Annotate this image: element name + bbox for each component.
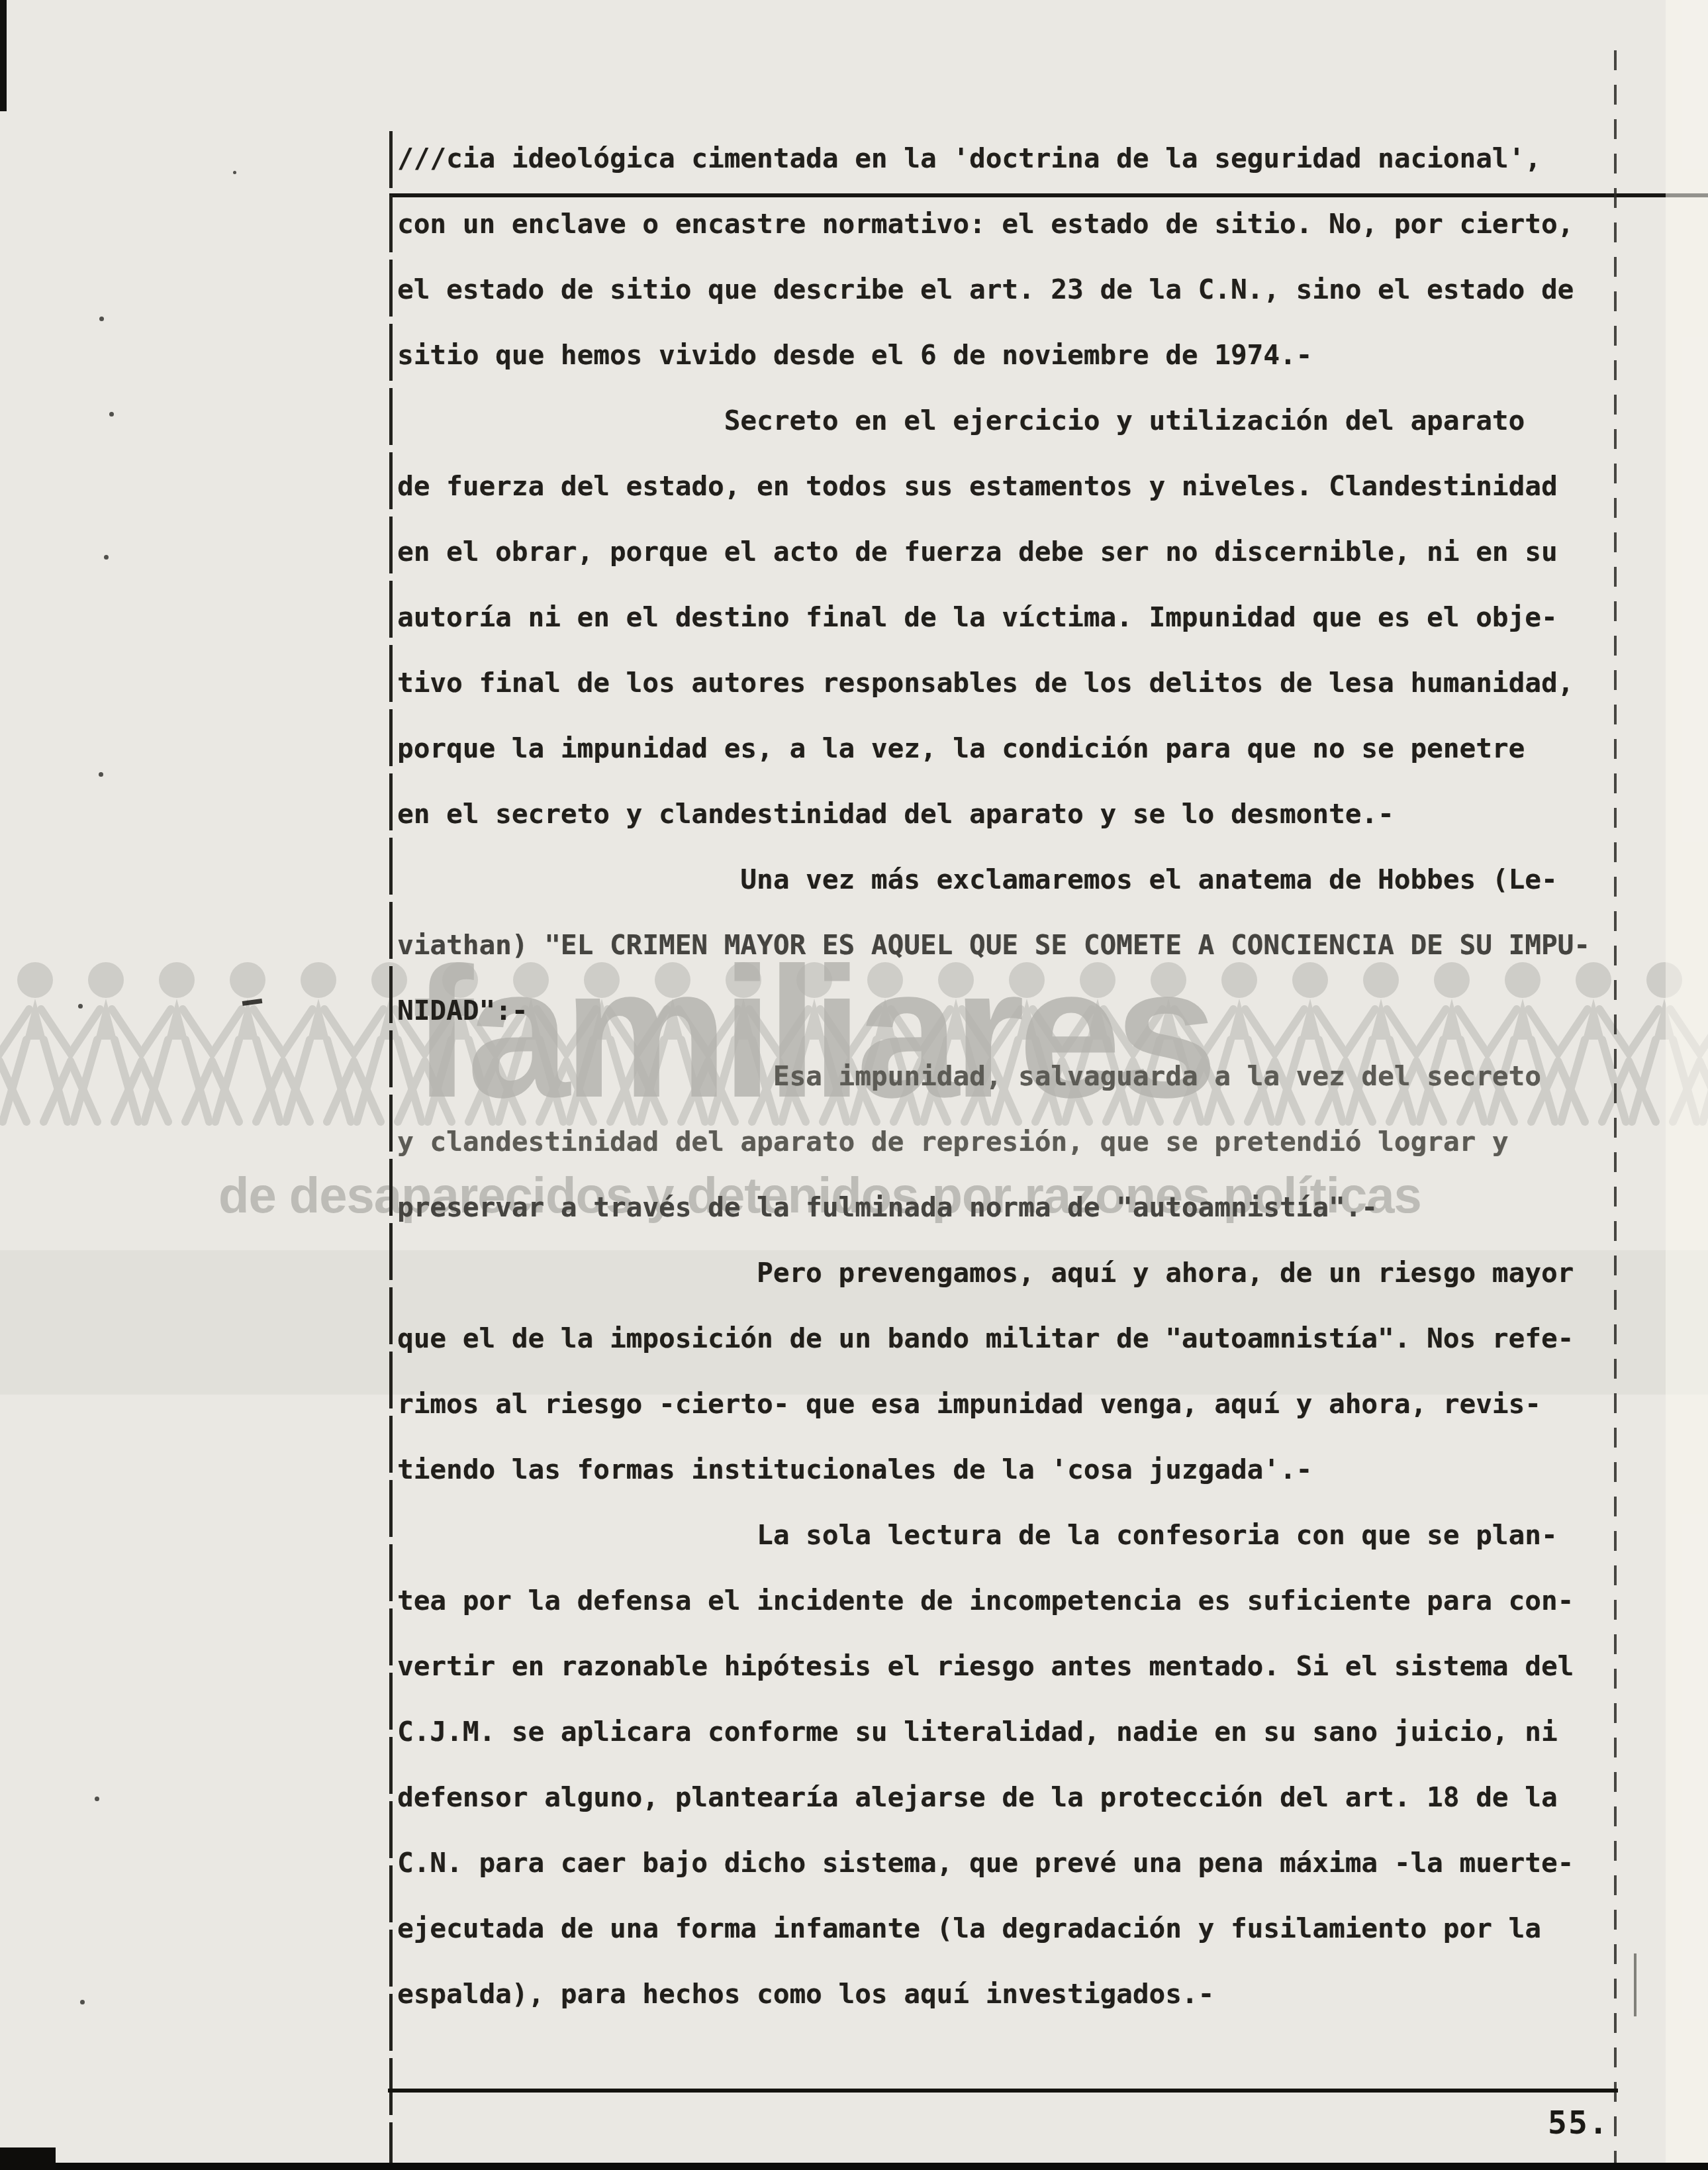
- scan-edge-top-left: [0, 0, 7, 111]
- page-number: 55.: [1548, 2104, 1609, 2142]
- text-line: en el obrar, porque el acto de fuerza de…: [397, 531, 1619, 597]
- text-line: ///cia ideológica cimentada en la 'doctr…: [397, 138, 1619, 203]
- text-line: tea por la defensa el incidente de incom…: [397, 1580, 1619, 1646]
- text-line: C.N. para caer bajo dicho sistema, que p…: [397, 1842, 1619, 1908]
- ink-speck: [78, 1004, 83, 1009]
- text-line: Secreto en el ejercicio y utilización de…: [397, 400, 1619, 466]
- text-line: Una vez más exclamaremos el anatema de H…: [397, 859, 1619, 924]
- right-margin-rule-segment: [1634, 1953, 1637, 2016]
- scan-edge-bottom-left: [0, 2147, 56, 2170]
- text-line: espalda), para hechos como los aquí inve…: [397, 1973, 1619, 2039]
- right-margin-rule: [1614, 50, 1617, 2170]
- text-line: de fuerza del estado, en todos sus estam…: [397, 466, 1619, 531]
- text-line: rimos al riesgo -cierto- que esa impunid…: [397, 1383, 1619, 1449]
- text-line: con un enclave o encastre normativo: el …: [397, 203, 1619, 269]
- ink-speck: [104, 555, 109, 560]
- text-line: Pero prevengamos, aquí y ahora, de un ri…: [397, 1252, 1619, 1318]
- typewritten-text: ///cia ideológica cimentada en la 'doctr…: [397, 138, 1619, 2039]
- text-line: tiendo las formas institucionales de la …: [397, 1449, 1619, 1514]
- text-line: porque la impunidad es, a la vez, la con…: [397, 728, 1619, 793]
- text-line: tivo final de los autores responsables d…: [397, 662, 1619, 728]
- text-line: La sola lectura de la confesoria con que…: [397, 1514, 1619, 1580]
- text-line: defensor alguno, plantearía alejarse de …: [397, 1777, 1619, 1842]
- ink-speck: [99, 317, 104, 321]
- text-line: y clandestinidad del aparato de represió…: [397, 1121, 1619, 1187]
- text-line: el estado de sitio que describe el art. …: [397, 269, 1619, 334]
- text-line: que el de la imposición de un bando mili…: [397, 1318, 1619, 1383]
- text-line: NIDAD":-: [397, 990, 1619, 1056]
- text-line: C.J.M. se aplicara conforme su literalid…: [397, 1711, 1619, 1777]
- ink-speck: [233, 171, 236, 174]
- ink-speck: [109, 412, 114, 417]
- text-line: sitio que hemos vivido desde el 6 de nov…: [397, 334, 1619, 400]
- ink-speck: [95, 1797, 99, 1801]
- footer-rule: [388, 2089, 1618, 2093]
- ink-speck: [99, 772, 103, 777]
- text-line: autoría ni en el destino final de la víc…: [397, 597, 1619, 662]
- text-line: viathan) "EL CRIMEN MAYOR ES AQUEL QUE S…: [397, 924, 1619, 990]
- ink-speck: [80, 2000, 85, 2004]
- scan-edge-bottom: [0, 2163, 1708, 2170]
- text-line: en el secreto y clandestinidad del apara…: [397, 793, 1619, 859]
- left-margin-rule: [389, 131, 393, 2170]
- text-line: ejecutada de una forma infamante (la deg…: [397, 1908, 1619, 1973]
- text-line: vertir en razonable hipótesis el riesgo …: [397, 1646, 1619, 1711]
- text-line: preservar a través de la fulminada norma…: [397, 1187, 1619, 1252]
- scanned-document-page: familiares de desaparecidos y detenidos …: [0, 0, 1708, 2170]
- text-line: Esa impunidad, salvaguarda a la vez del …: [397, 1056, 1619, 1121]
